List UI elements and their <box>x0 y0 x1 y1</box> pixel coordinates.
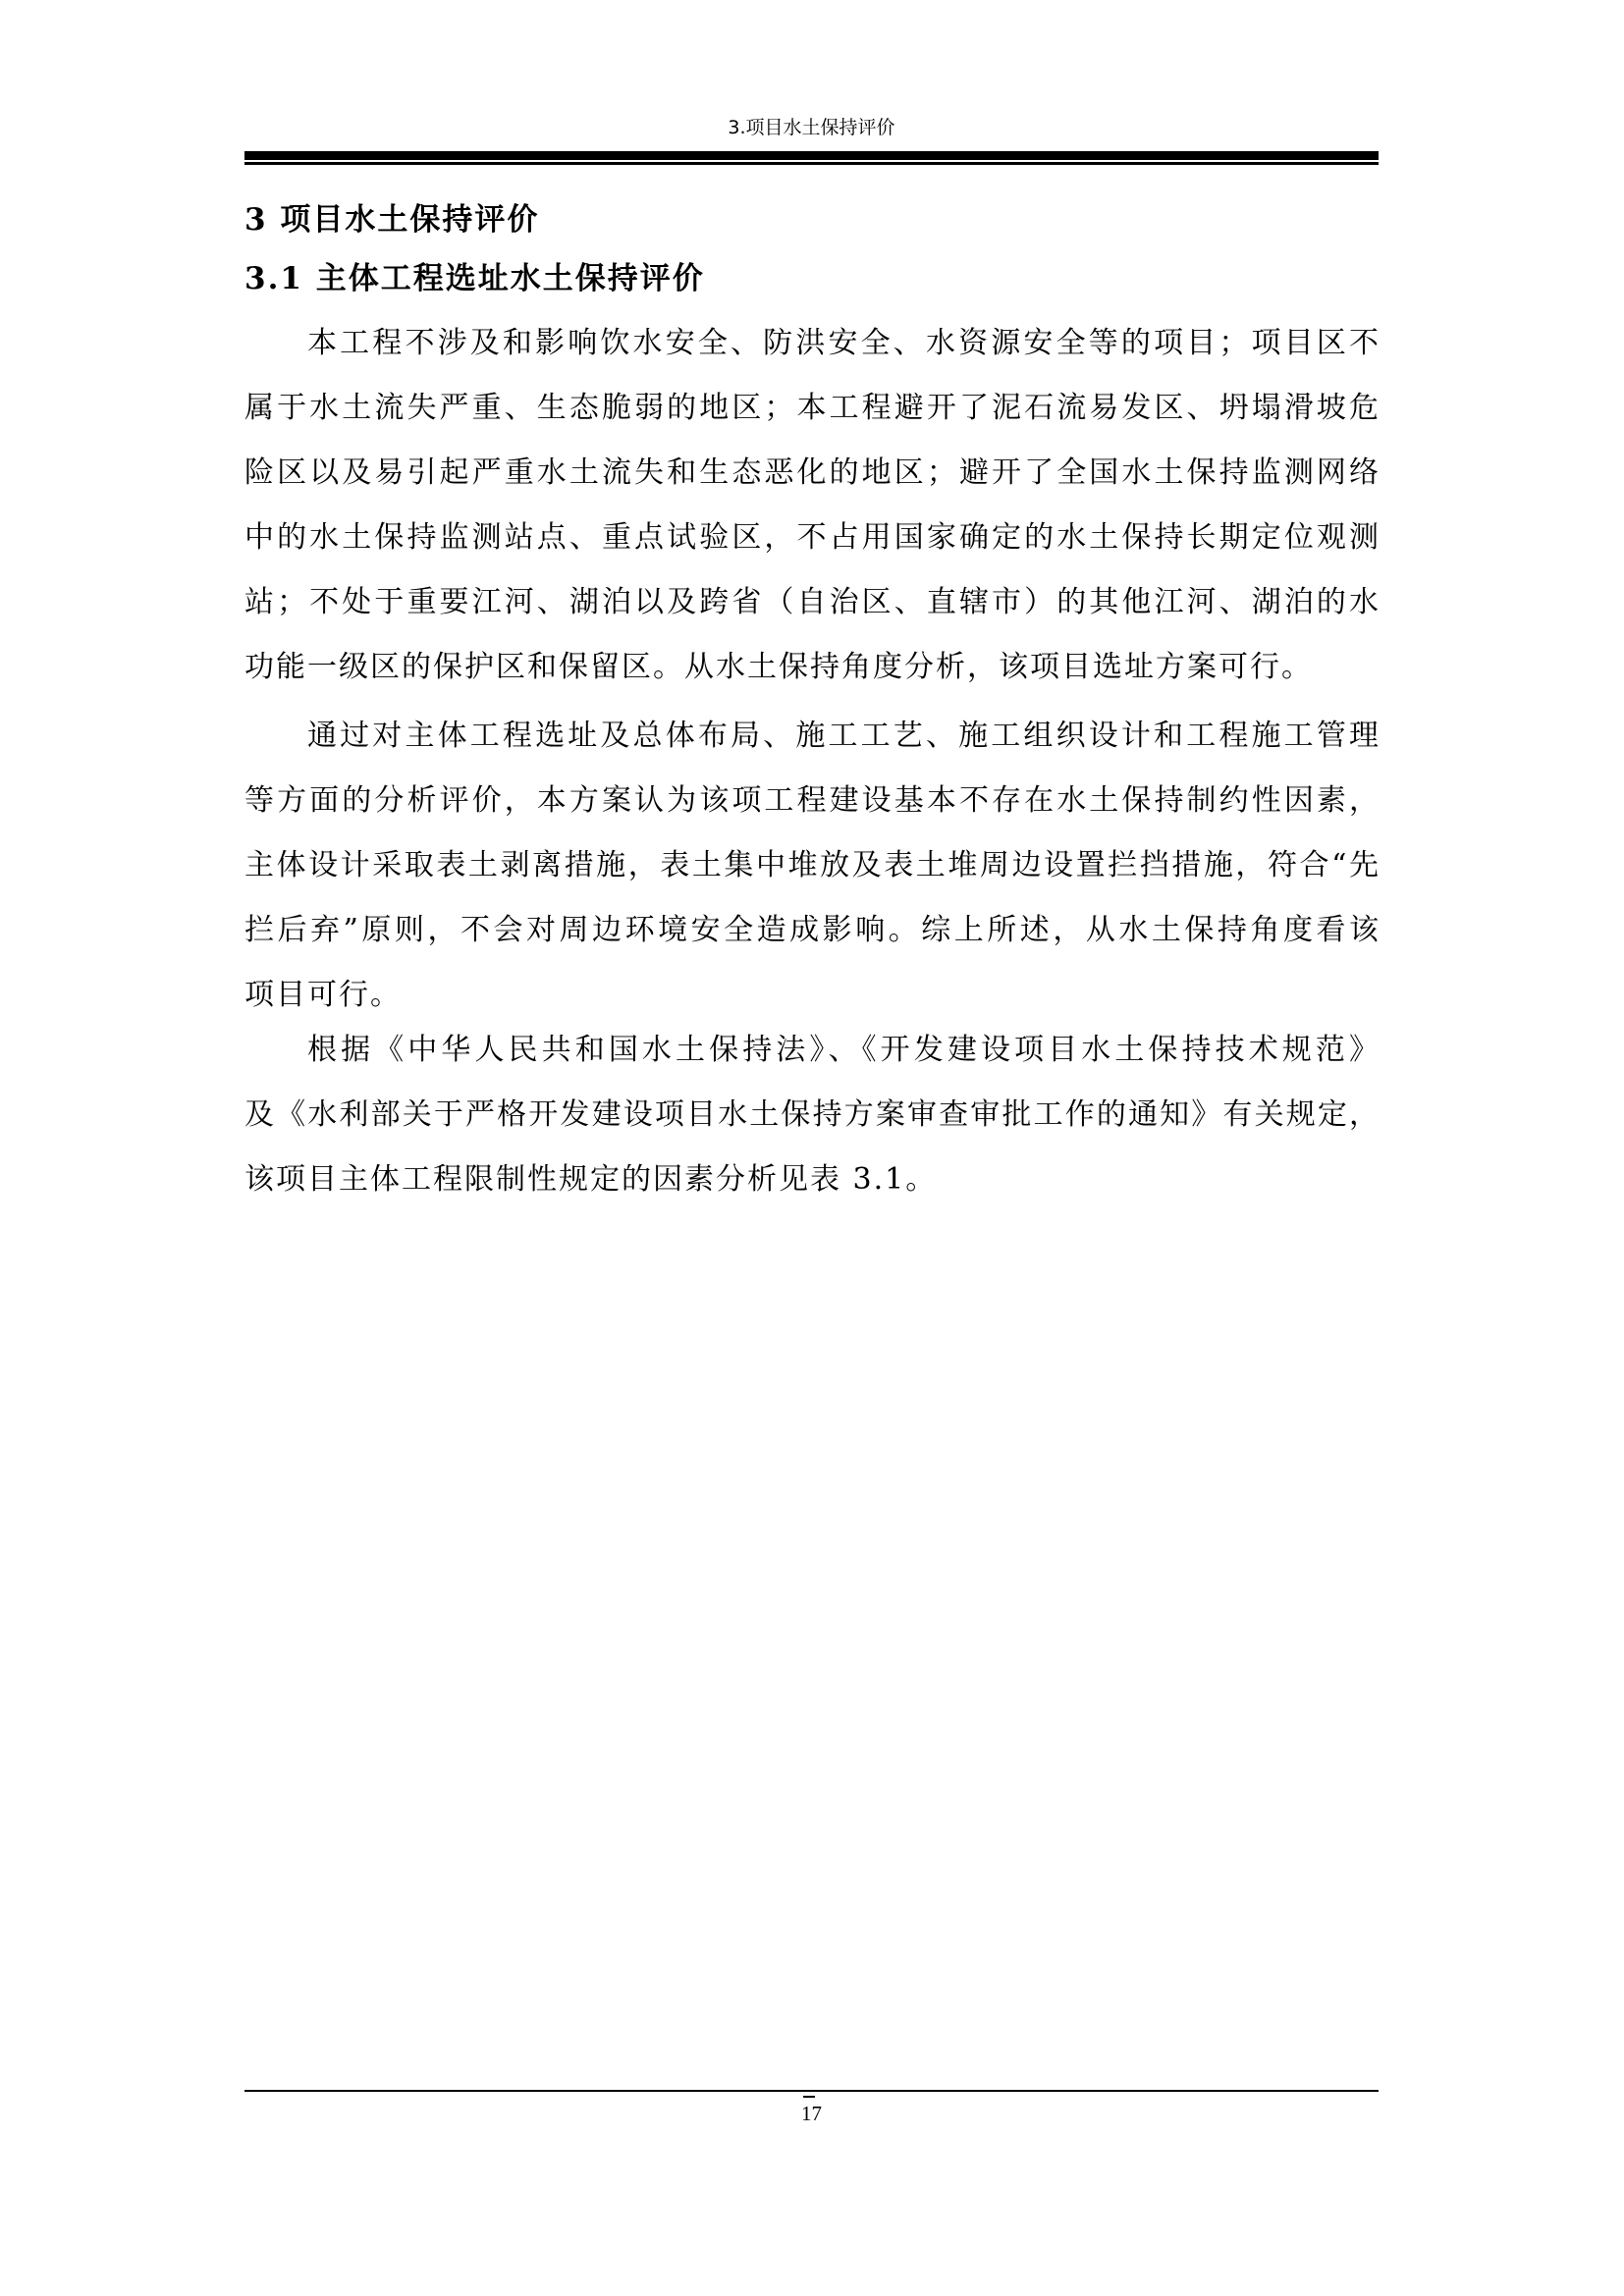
page-number: 17 <box>244 2100 1379 2127</box>
running-header-title: 3.项目水土保持评价 <box>244 115 1379 140</box>
paragraph-regulations: 根据《中华人民共和国水土保持法》、《开发建设项目水土保持技术规范》 及《水利部关… <box>244 1031 1379 1225</box>
section-heading: 3.1 主体工程选址水土保持评价 <box>244 259 705 298</box>
paragraph-line: 及《水利部关于严格开发建设项目水土保持方案审查审批工作的通知》有关规定， <box>244 1095 1379 1160</box>
paragraph-line: 本工程不涉及和影响饮水安全、防洪安全、水资源安全等的项目；项目区不 <box>244 324 1379 389</box>
paragraph-line: 该项目主体工程限制性规定的因素分析见表 3.1。 <box>244 1160 1379 1225</box>
paragraph-line: 通过对主体工程选址及总体布局、施工工艺、施工组织设计和工程施工管理 <box>244 717 1379 781</box>
page-header: 3.项目水土保持评价 <box>244 110 1379 165</box>
paragraph-line: 拦后弃”原则，不会对周边环境安全造成影响。综上所述，从水土保持角度看该 <box>244 911 1379 976</box>
paragraph-line: 功能一级区的保护区和保留区。从水土保持角度分析，该项目选址方案可行。 <box>244 648 1379 713</box>
paragraph-line: 等方面的分析评价，本方案认为该项工程建设基本不存在水土保持制约性因素， <box>244 781 1379 846</box>
header-rule-thick <box>244 151 1379 160</box>
paragraph-site-selection: 本工程不涉及和影响饮水安全、防洪安全、水资源安全等的项目；项目区不 属于水土流失… <box>244 324 1379 713</box>
page-footer: 17 <box>244 2086 1379 2145</box>
page-number-overline <box>803 2096 815 2098</box>
paragraph-line: 根据《中华人民共和国水土保持法》、《开发建设项目水土保持技术规范》 <box>244 1031 1379 1095</box>
paragraph-line: 中的水土保持监测站点、重点试验区，不占用国家确定的水土保持长期定位观测 <box>244 518 1379 583</box>
paragraph-line: 属于水土流失严重、生态脆弱的地区；本工程避开了泥石流易发区、坍塌滑坡危 <box>244 389 1379 454</box>
paragraph-line: 主体设计采取表土剥离措施，表土集中堆放及表土堆周边设置拦挡措施，符合“先 <box>244 846 1379 911</box>
footer-rule <box>244 2090 1379 2092</box>
paragraph-line: 站；不处于重要江河、湖泊以及跨省（自治区、直辖市）的其他江河、湖泊的水 <box>244 583 1379 648</box>
header-rule-thin <box>244 162 1379 165</box>
paragraph-overall-evaluation: 通过对主体工程选址及总体布局、施工工艺、施工组织设计和工程施工管理 等方面的分析… <box>244 717 1379 1041</box>
chapter-heading: 3 项目水土保持评价 <box>244 200 539 240</box>
paragraph-line: 险区以及易引起严重水土流失和生态恶化的地区；避开了全国水土保持监测网络 <box>244 454 1379 518</box>
